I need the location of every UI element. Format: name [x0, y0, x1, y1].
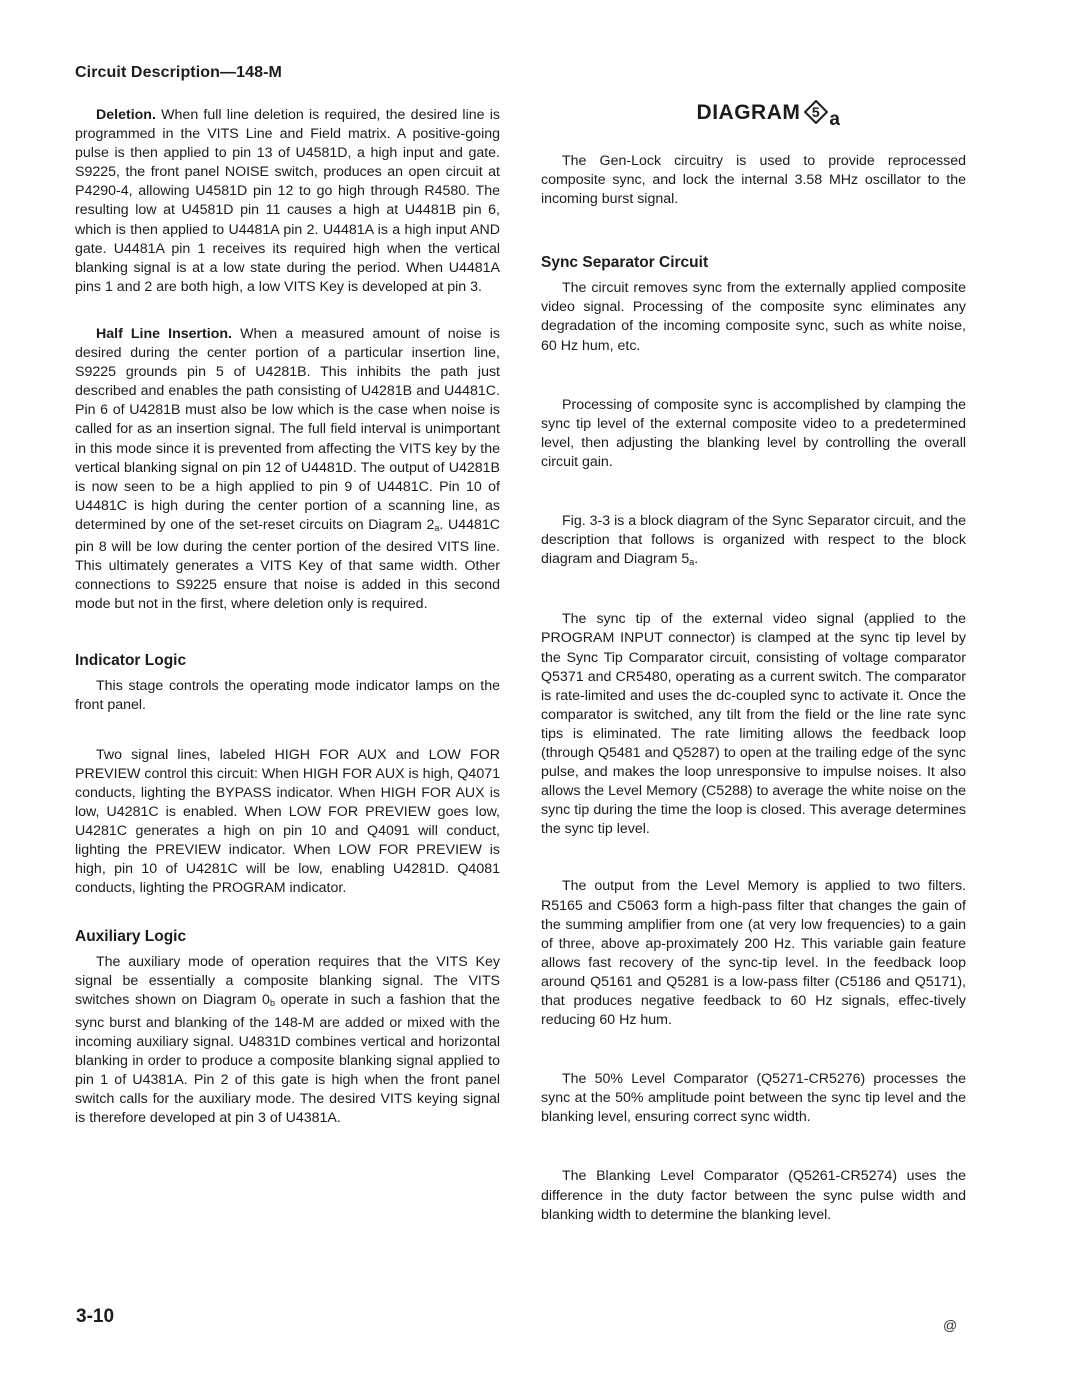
- paragraph-sync-3: Fig. 3-3 is a block diagram of the Sync …: [541, 512, 966, 572]
- diagram-label: DIAGRAM: [697, 101, 801, 124]
- paragraph-indicator-1: This stage controls the operating mode i…: [75, 677, 500, 715]
- heading-indicator-logic: Indicator Logic: [75, 652, 500, 670]
- paragraph-sync-7: The Blanking Level Comparator (Q5261-CR5…: [541, 1167, 966, 1224]
- paragraph-sync-4: The sync tip of the external video signa…: [541, 610, 966, 839]
- sync-3-end: .: [694, 551, 698, 567]
- paragraph-sync-1: The circuit removes sync from the extern…: [541, 279, 966, 355]
- paragraph-gen-lock: The Gen-Lock circuitry is used to provid…: [541, 152, 966, 209]
- left-column: Circuit Description—148-M Deletion. When…: [75, 64, 500, 1128]
- diagram-title: DIAGRAM5a: [541, 100, 966, 131]
- lead-deletion: Deletion.: [96, 107, 156, 123]
- deletion-text: When full line deletion is required, the…: [75, 107, 500, 295]
- right-column: DIAGRAM5a The Gen-Lock circuitry is used…: [541, 100, 966, 1225]
- paragraph-sync-5: The output from the Level Memory is appl…: [541, 877, 966, 1030]
- svg-text:5: 5: [812, 104, 820, 120]
- heading-sync-separator: Sync Separator Circuit: [541, 254, 966, 272]
- diamond-number-icon: 5: [804, 100, 826, 122]
- paragraph-half-line-insertion: Half Line Insertion. When a measured amo…: [75, 325, 500, 614]
- running-head: Circuit Description—148-M: [75, 64, 500, 82]
- sync-3-text: Fig. 3-3 is a block diagram of the Sync …: [541, 513, 966, 567]
- paragraph-auxiliary: The auxiliary mode of operation requires…: [75, 953, 500, 1128]
- page-number: 3-10: [76, 1306, 114, 1328]
- paragraph-deletion: Deletion. When full line deletion is req…: [75, 106, 500, 297]
- diagram-suffix: a: [829, 109, 840, 130]
- heading-auxiliary-logic: Auxiliary Logic: [75, 928, 500, 946]
- paragraph-sync-2: Processing of composite sync is accompli…: [541, 396, 966, 472]
- document-page: Circuit Description—148-M Deletion. When…: [0, 0, 1080, 1397]
- half-line-text-1: When a measured amount of noise is desir…: [75, 326, 500, 533]
- aux-text-2: operate in such a fashion that the sync …: [75, 992, 500, 1126]
- paragraph-indicator-2: Two signal lines, labeled HIGH FOR AUX a…: [75, 746, 500, 899]
- paragraph-sync-6: The 50% Level Comparator (Q5271-CR5276) …: [541, 1070, 966, 1127]
- lead-half-line-insertion: Half Line Insertion.: [96, 326, 232, 342]
- corner-mark: @: [943, 1317, 957, 1333]
